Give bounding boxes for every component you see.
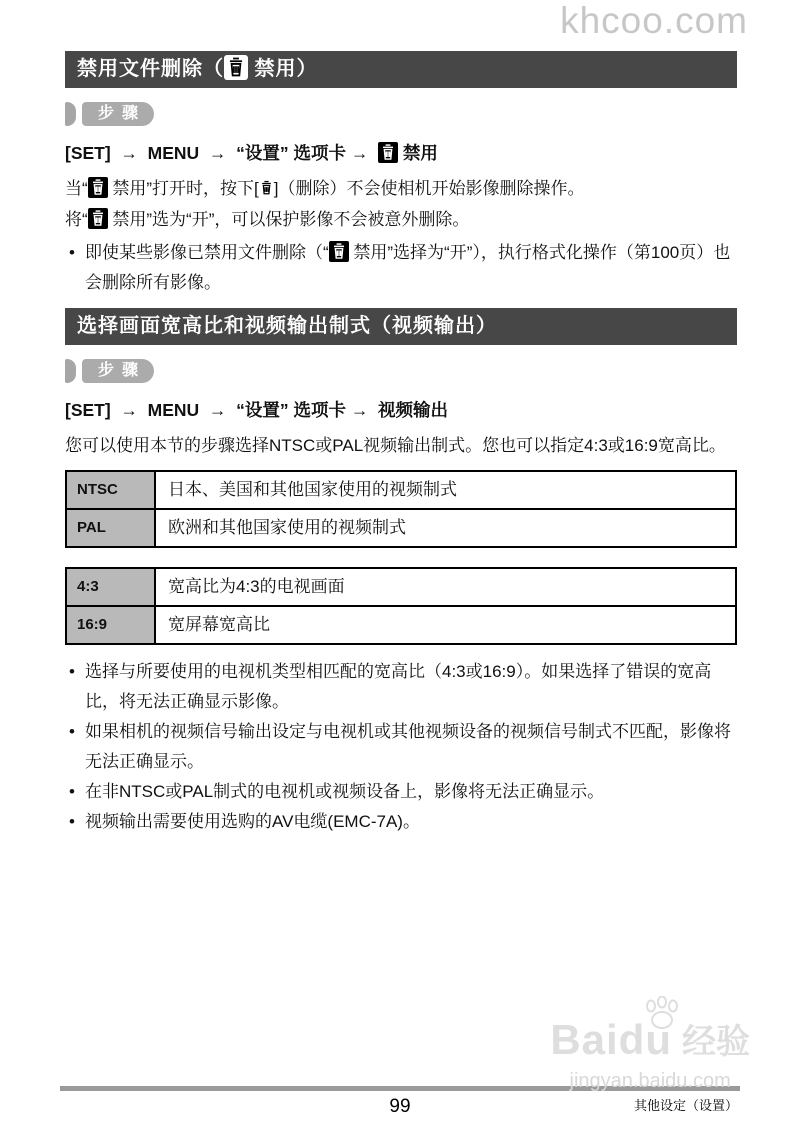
baidu-logo: Baidu 经验	[550, 1018, 750, 1062]
manual-page: khcoo.com 禁用文件删除（ 禁用） 步骤 [SET] → MENU → …	[0, 0, 800, 1137]
aspect-ratio-table: 4:3 宽高比为4:3的电视画面 16:9 宽屏幕宽高比	[65, 567, 737, 645]
page-content: 禁用文件删除（ 禁用） 步骤 [SET] → MENU → “设置” 选项卡 →…	[65, 51, 737, 837]
section-video-out: 选择画面宽高比和视频输出制式（视频输出） 步骤 [SET] → MENU → “…	[65, 308, 737, 837]
trash-outline-icon	[259, 179, 274, 197]
baidu-url: jingyan.baidu.com	[550, 1070, 750, 1093]
table-desc: 欧洲和其他国家使用的视频制式	[155, 509, 736, 547]
paw-icon	[642, 996, 682, 1030]
baidu-jingyan-watermark: Baidu 经验 jingyan.baidu.com	[550, 1018, 750, 1093]
table-key: 16:9	[66, 606, 155, 644]
note-item: 如果相机的视频信号输出设定与电视机或其他视频设备的视频信号制式不匹配，影像将无法…	[65, 717, 737, 777]
trash-dark-icon	[329, 241, 349, 262]
trash-dark-icon	[88, 208, 108, 229]
table-row: NTSC 日本、美国和其他国家使用的视频制式	[66, 471, 736, 509]
baidu-badge: 经验	[682, 1022, 750, 1062]
notes-list: 选择与所要使用的电视机类型相匹配的宽高比（4:3或16:9）。如果选择了错误的宽…	[65, 657, 737, 837]
section-title-video-out: 选择画面宽高比和视频输出制式（视频输出）	[65, 308, 737, 345]
section-file-delete-protect: 禁用文件删除（ 禁用） 步骤 [SET] → MENU → “设置” 选项卡 →…	[65, 51, 737, 298]
step-badge-label: 步骤	[82, 102, 154, 126]
section-title-delete-protect: 禁用文件删除（ 禁用）	[65, 51, 737, 88]
notes-list: 即使某些影像已禁用文件删除（“ 禁用”选择为“开”），执行格式化操作（第100页…	[65, 238, 737, 298]
trash-dark-icon	[378, 142, 398, 163]
table-row: 16:9 宽屏幕宽高比	[66, 606, 736, 644]
table-desc: 宽高比为4:3的电视画面	[155, 568, 736, 606]
step-badge: 步骤	[65, 359, 737, 383]
table-desc: 宽屏幕宽高比	[155, 606, 736, 644]
paragraph: 将“ 禁用”选为“开”，可以保护影像不会被意外删除。	[65, 205, 737, 235]
footer-section-label: 其他设定（设置）	[634, 1095, 738, 1114]
menu-path-delete-protect: [SET] → MENU → “设置” 选项卡 → 禁用	[65, 138, 737, 168]
table-row: PAL 欧洲和其他国家使用的视频制式	[66, 509, 736, 547]
paragraph: 您可以使用本节的步骤选择NTSC或PAL视频输出制式。您也可以指定4:3或16:…	[65, 431, 737, 461]
khcoo-watermark: khcoo.com	[560, 0, 748, 42]
note-item: 即使某些影像已禁用文件删除（“ 禁用”选择为“开”），执行格式化操作（第100页…	[65, 238, 737, 298]
trash-dark-icon	[88, 177, 108, 198]
table-key: PAL	[66, 509, 155, 547]
table-key: NTSC	[66, 471, 155, 509]
video-system-table: NTSC 日本、美国和其他国家使用的视频制式 PAL 欧洲和其他国家使用的视频制…	[65, 470, 737, 548]
step-badge-tab	[65, 359, 76, 383]
step-badge-label: 步骤	[82, 359, 154, 383]
table-desc: 日本、美国和其他国家使用的视频制式	[155, 471, 736, 509]
trash-light-icon	[224, 55, 248, 80]
paragraph: 当“ 禁用”打开时，按下[]（删除）不会使相机开始影像删除操作。	[65, 174, 737, 204]
table-key: 4:3	[66, 568, 155, 606]
note-item: 选择与所要使用的电视机类型相匹配的宽高比（4:3或16:9）。如果选择了错误的宽…	[65, 657, 737, 717]
note-item: 视频输出需要使用选购的AV电缆(EMC-7A)。	[65, 807, 737, 837]
table-row: 4:3 宽高比为4:3的电视画面	[66, 568, 736, 606]
note-item: 在非NTSC或PAL制式的电视机或视频设备上，影像将无法正确显示。	[65, 777, 737, 807]
step-badge: 步骤	[65, 102, 737, 126]
step-badge-tab	[65, 102, 76, 126]
menu-path-video-out: [SET] → MENU → “设置” 选项卡 → 视频输出	[65, 395, 737, 425]
